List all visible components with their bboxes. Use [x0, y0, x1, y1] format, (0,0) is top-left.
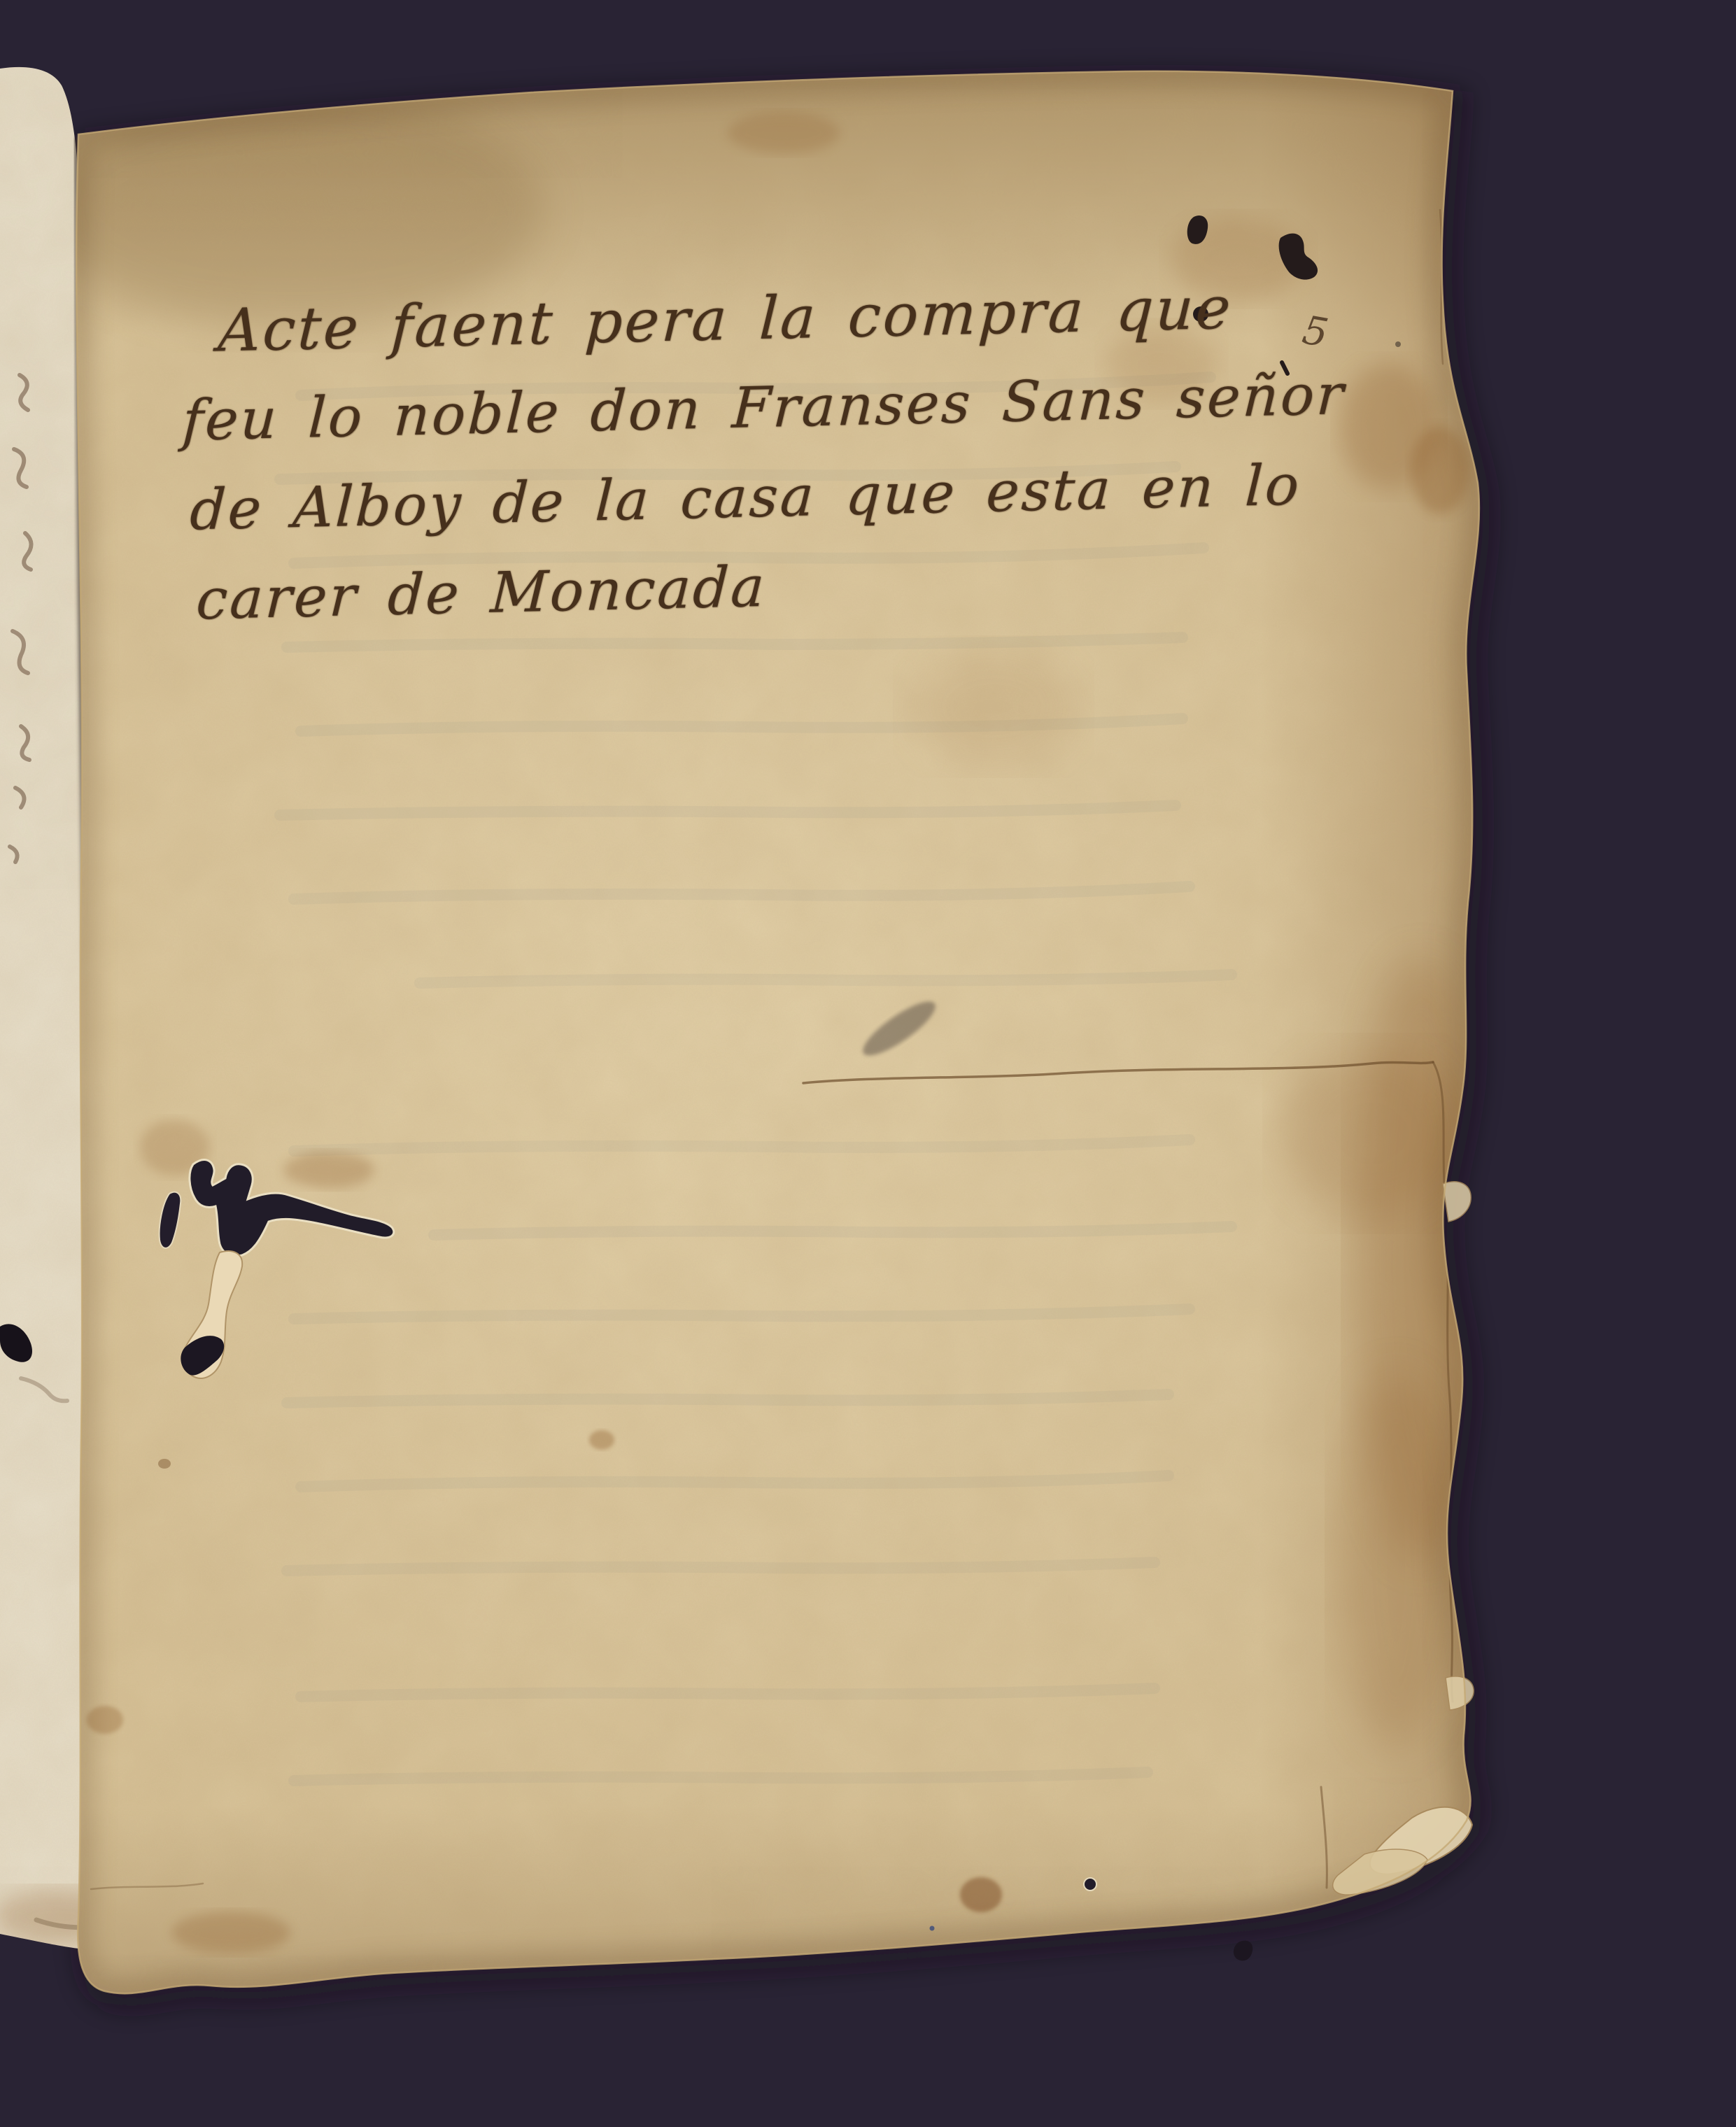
blue-speck — [930, 1926, 935, 1931]
stain — [283, 1152, 374, 1188]
stain — [158, 1459, 171, 1469]
wormhole — [1084, 1878, 1096, 1891]
stain — [910, 647, 1078, 766]
paper-flap — [1443, 1182, 1471, 1222]
stain — [589, 1430, 614, 1450]
stain — [171, 1912, 290, 1953]
stain — [1280, 1050, 1462, 1217]
stain — [1336, 1371, 1455, 1749]
stain — [87, 1706, 123, 1734]
manuscript-scan: Acte faent pera la compra que feu lo nob… — [0, 0, 1736, 2127]
ink-blot — [1395, 341, 1401, 347]
stain — [728, 112, 840, 154]
stain — [960, 1877, 1002, 1912]
handwriting-title: Acte faent pera la compra que feu lo nob… — [179, 262, 1278, 644]
ink-blot — [1234, 1941, 1252, 1961]
stain — [1411, 427, 1469, 514]
